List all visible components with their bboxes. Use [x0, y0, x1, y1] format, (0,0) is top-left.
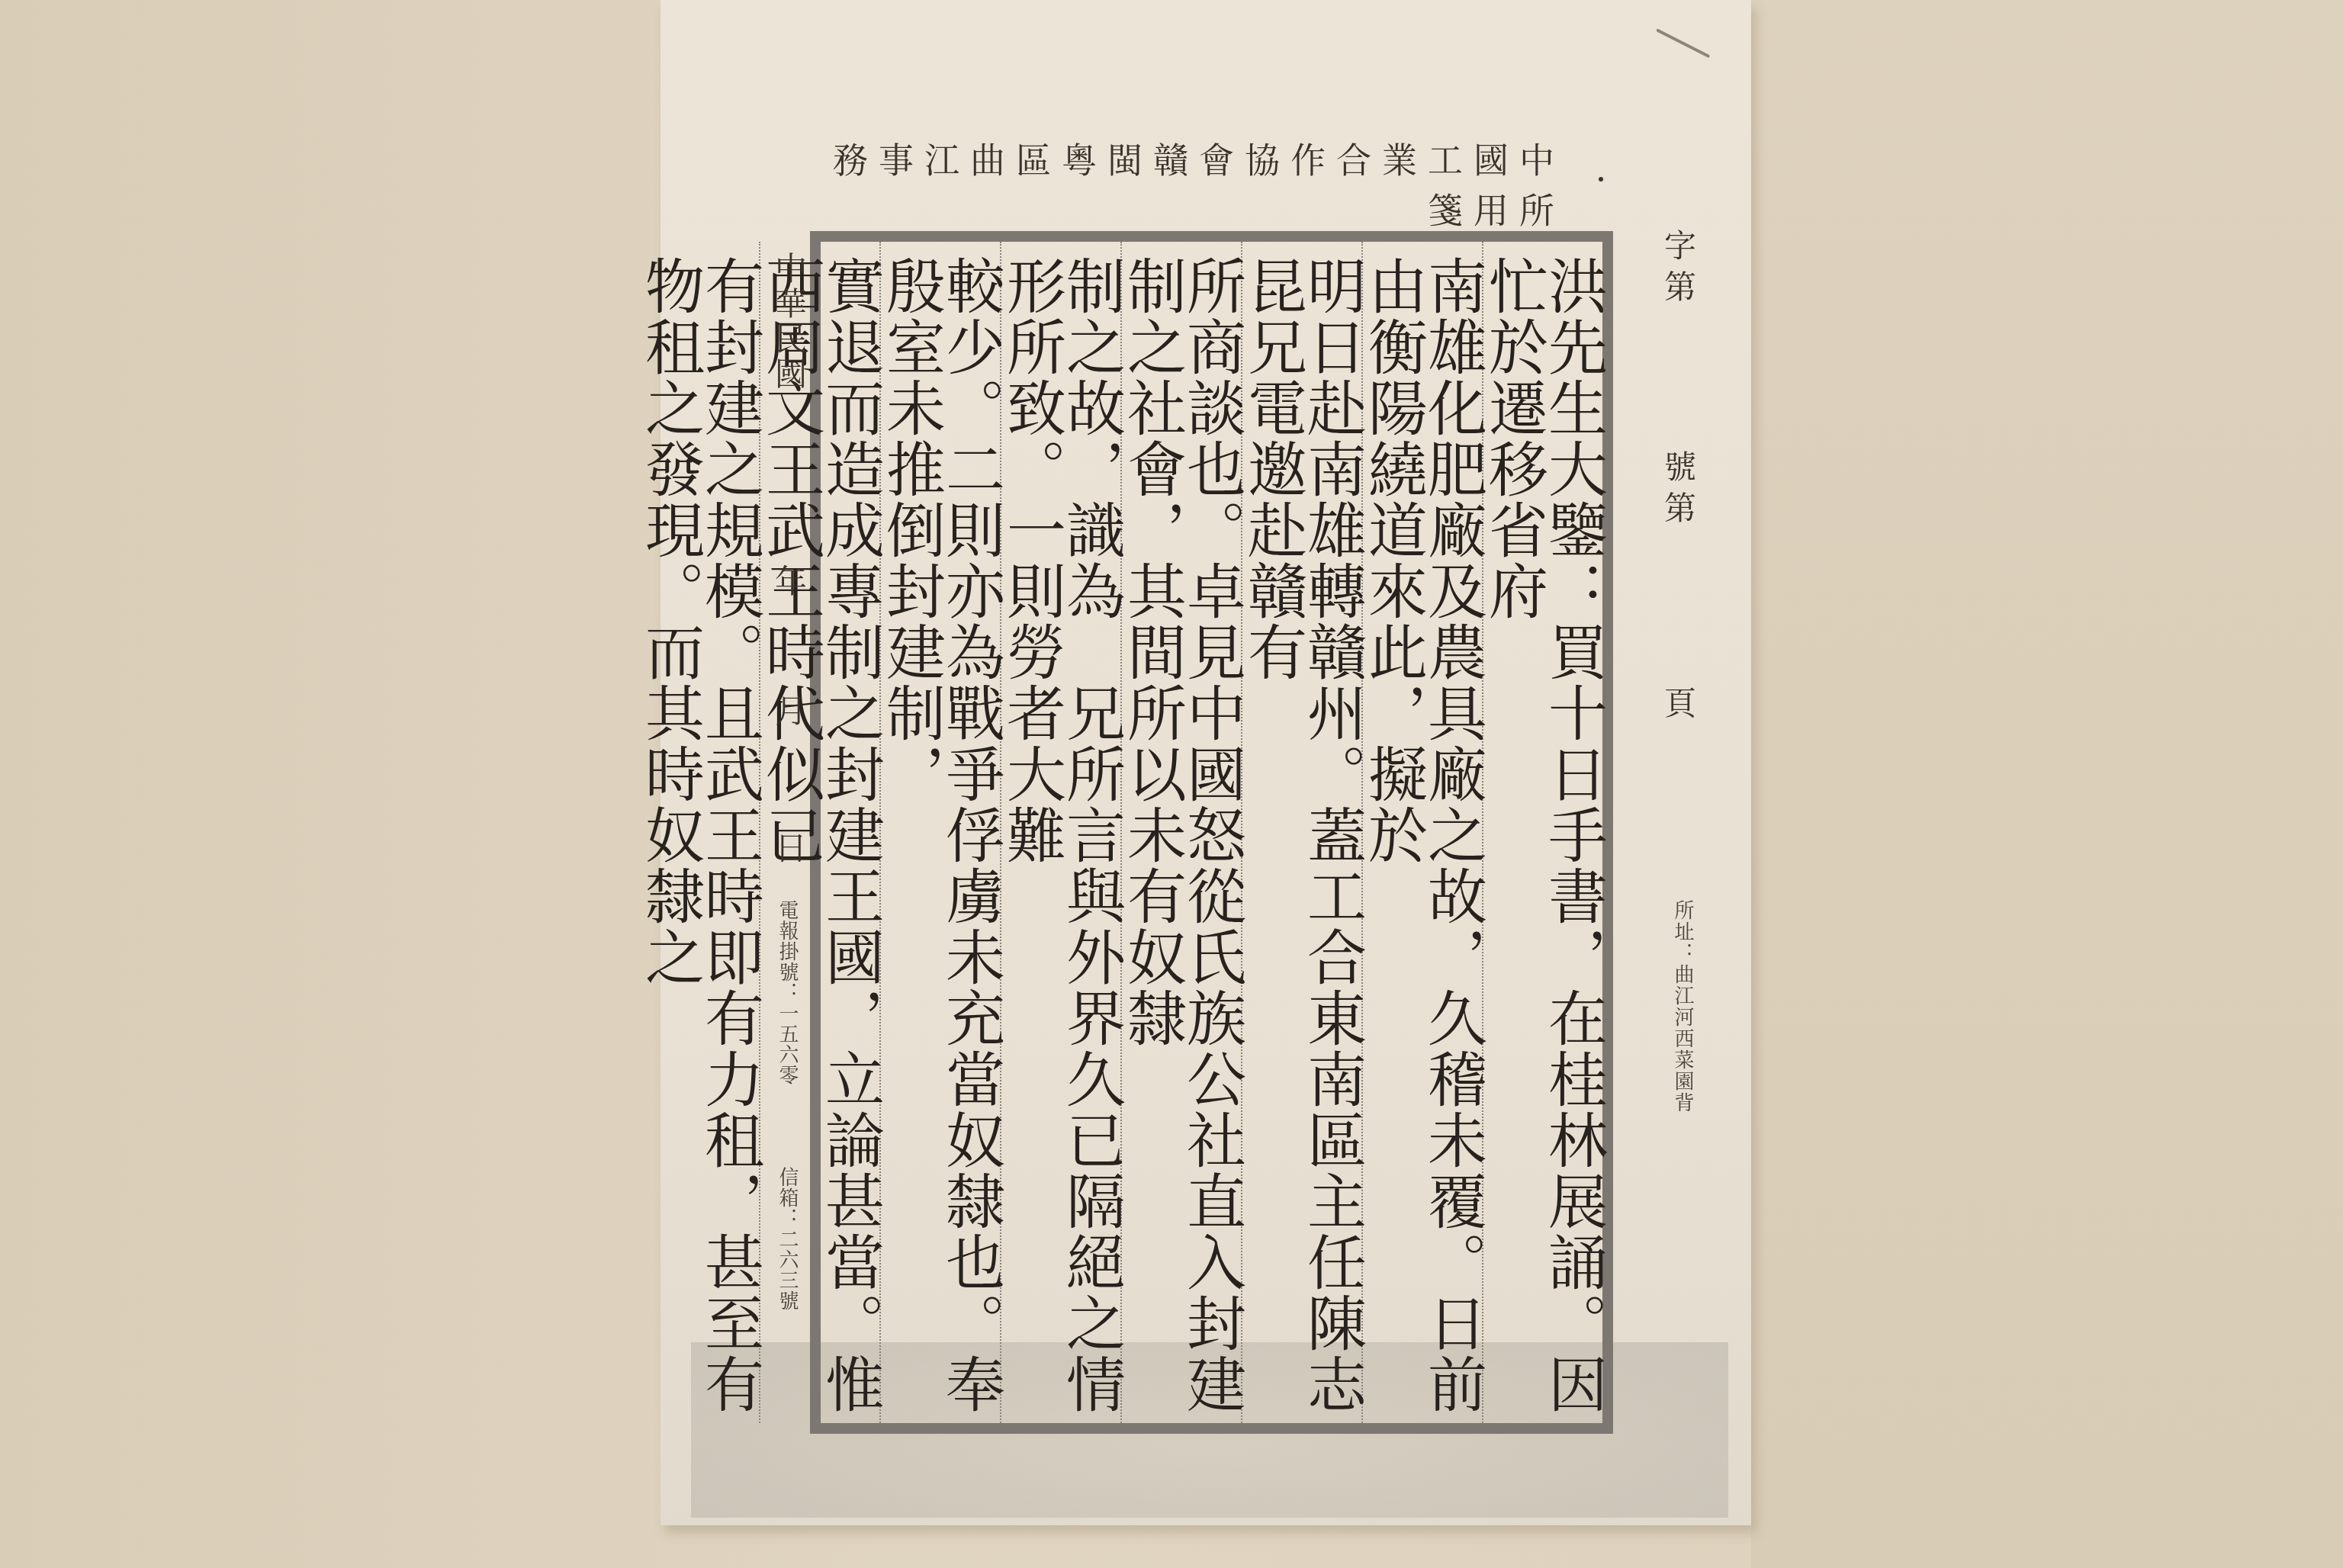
column-text: 制之故，識為 兄所言與外界久已隔絕之情形所致。一則勞者大難 — [1001, 242, 1120, 1423]
letterhead-title: 中國工業合作協會贛閩粵區曲江事務所用箋 — [833, 160, 1565, 206]
letter-column: 制之故，識為 兄所言與外界久已隔絕之情形所致。一則勞者大難 — [1000, 242, 1120, 1423]
ref-char-label: 字第 — [1655, 229, 1701, 311]
month-label: 月 — [766, 694, 812, 729]
letterhead-text: 中國工業合作協會贛閩粵區曲江事務所用箋 — [833, 133, 1565, 233]
letter-column: 有封建之規模。且武王時即有力租，甚至有物租之發現。而其時奴隸之 — [640, 242, 759, 1423]
left-margin: 中華民國 年 月 日 電報掛號：一五六零 信箱：二六三號 — [755, 252, 816, 1441]
column-text: 所商談也。卓見中國怒從氏族公社直入封建制之社會，其間所以未有奴隸 — [1122, 242, 1241, 1423]
letter-column: 所商談也。卓見中國怒從氏族公社直入封建制之社會，其間所以未有奴隸 — [1120, 242, 1241, 1423]
column-text: 有封建之規模。且武王時即有力租，甚至有物租之發現。而其時奴隸之 — [640, 242, 759, 1423]
column-text: 明日赴南雄轉贛州。蓋工合東南區主任陳志昆兄電邀赴贛有 — [1242, 242, 1361, 1423]
column-text: 較少。二則亦為戰爭俘虜未充當奴隸也。奉殷室未推倒封建制， — [881, 242, 1000, 1423]
po-box: 信箱：二六三號 — [773, 1167, 802, 1311]
office-address: 所址：曲江河西菜園背 — [1669, 900, 1697, 1113]
ref-no-label: 號第 — [1655, 450, 1701, 532]
era-label: 中華民國 — [766, 252, 812, 392]
column-text: 南雄化肥廠及農具廠之故，久稽未覆。日前由衡陽繞道來此，擬於 — [1363, 242, 1482, 1423]
day-label: 日 — [766, 831, 812, 866]
letter-column: 較少。二則亦為戰爭俘虜未充當奴隸也。奉殷室未推倒封建制， — [879, 242, 1000, 1423]
letter-body: 洪先生大鑒：買十日手書，在桂林展誦。因忙於遷移省府 南雄化肥廠及農具廠之故，久稽… — [821, 242, 1602, 1423]
letter-column: 明日赴南雄轉贛州。蓋工合東南區主任陳志昆兄電邀赴贛有 — [1241, 242, 1361, 1423]
letter-column: 南雄化肥廠及農具廠之故，久稽未覆。日前由衡陽繞道來此，擬於 — [1361, 242, 1482, 1423]
right-margin: 字第 號第 頁 所址：曲江河西菜園背 — [1646, 229, 1707, 1335]
photo-backdrop — [1751, 0, 2343, 1568]
year-label: 年 — [766, 564, 812, 599]
telegraph-code: 電報掛號：一五六零 — [773, 900, 802, 1085]
letter-column: 洪先生大鑒：買十日手書，在桂林展誦。因忙於遷移省府 — [1482, 242, 1602, 1423]
letterhead-dot — [1599, 177, 1603, 182]
column-text: 洪先生大鑒：買十日手書，在桂林展誦。因忙於遷移省府 — [1483, 242, 1602, 1423]
page-label: 頁 — [1655, 686, 1701, 728]
